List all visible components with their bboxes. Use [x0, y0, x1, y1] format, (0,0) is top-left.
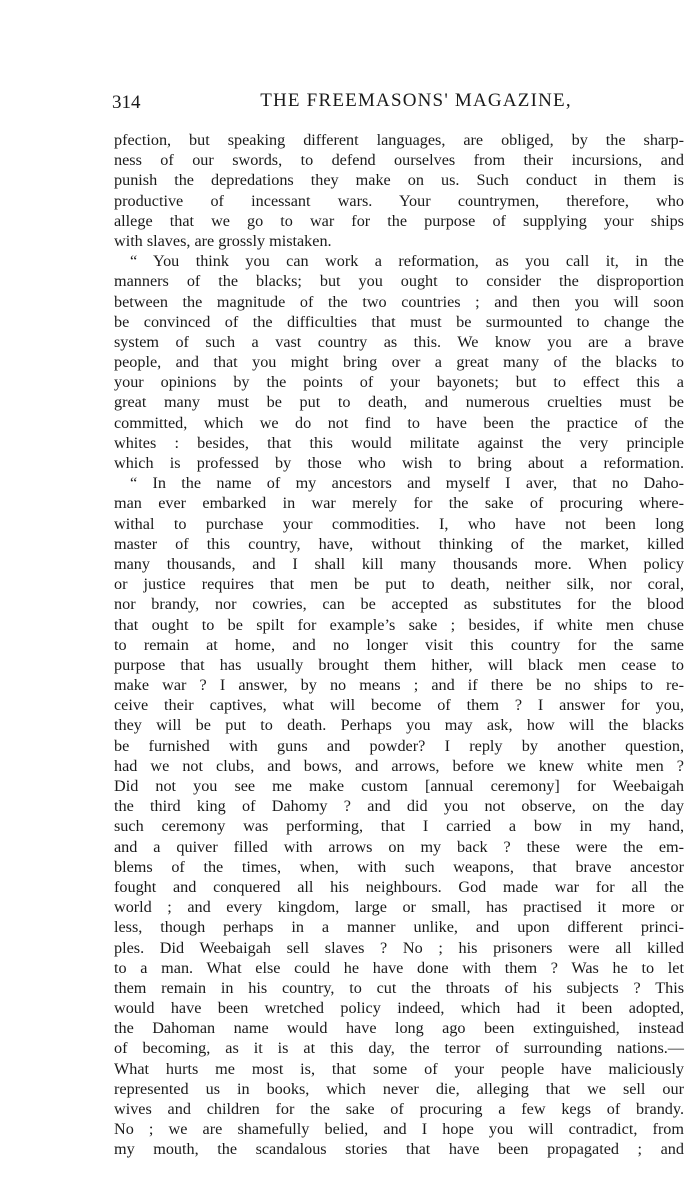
- text-line: great many must be put to death, and num…: [114, 392, 684, 412]
- text-line: and a quiver filled with arrows on my ba…: [114, 837, 684, 857]
- text-line: which is professed by those who wish to …: [114, 453, 684, 473]
- paragraph-start: “ In the name of my ancestors and myself…: [114, 473, 684, 493]
- text-line: between the magnitude of the two countri…: [114, 292, 684, 312]
- text-line: such ceremony was performing, that I car…: [114, 816, 684, 836]
- running-title: THE FREEMASONS' MAGAZINE,: [112, 90, 684, 112]
- text-line: manners of the blacks; but you ought to …: [114, 271, 684, 291]
- text-line: of becoming, as it is at this day, the t…: [114, 1038, 684, 1058]
- text-line: make war ? I answer, by no means ; and i…: [114, 675, 684, 695]
- text-line: No ; we are shamefully belied, and I hop…: [114, 1119, 684, 1139]
- text-line: would have been wretched policy indeed, …: [114, 998, 684, 1018]
- magazine-page: 314 THE FREEMASONS' MAGAZINE, pfection, …: [0, 0, 699, 1199]
- text-line: ness of our swords, to defend ourselves …: [114, 150, 684, 170]
- paragraph-start: “ You think you can work a reformation, …: [114, 251, 684, 271]
- text-line: be furnished with guns and powder? I rep…: [114, 736, 684, 756]
- body-text: pfection, but speaking different languag…: [114, 130, 684, 1160]
- text-line: the third king of Dahomy ? and did you n…: [114, 796, 684, 816]
- text-line: whites : besides, that this would milita…: [114, 433, 684, 453]
- text-line: fought and conquered all his neighbours.…: [114, 877, 684, 897]
- text-line: ceive their captives, what will become o…: [114, 695, 684, 715]
- text-line: What hurts me most is, that some of your…: [114, 1059, 684, 1079]
- text-line: allege that we go to war for the purpose…: [114, 211, 684, 231]
- text-line: with slaves, are grossly mistaken.: [114, 231, 684, 251]
- text-line: the Dahoman name would have long ago bee…: [114, 1018, 684, 1038]
- text-line: Did not you see me make custom [annual c…: [114, 776, 684, 796]
- text-line: many thousands, and I shall kill many th…: [114, 554, 684, 574]
- text-line: my mouth, the scandalous stories that ha…: [114, 1139, 684, 1159]
- text-line: them remain in his country, to cut the t…: [114, 978, 684, 998]
- text-line: committed, which we do not find to have …: [114, 413, 684, 433]
- text-line: ples. Did Weebaigah sell slaves ? No ; h…: [114, 938, 684, 958]
- text-line: punish the depredations they make on us.…: [114, 170, 684, 190]
- text-line: that ought to be spilt for example’s sak…: [114, 615, 684, 635]
- text-line: man ever embarked in war merely for the …: [114, 493, 684, 513]
- text-line: master of this country, have, without th…: [114, 534, 684, 554]
- text-line: they will be put to death. Perhaps you m…: [114, 715, 684, 735]
- page-header: 314 THE FREEMASONS' MAGAZINE,: [112, 90, 684, 116]
- text-line: withal to purchase your commodities. I, …: [114, 514, 684, 534]
- text-line: to a man. What else could he have done w…: [114, 958, 684, 978]
- text-line: purpose that has usually brought them hi…: [114, 655, 684, 675]
- text-line: represented us in books, which never die…: [114, 1079, 684, 1099]
- text-line: less, though perhaps in a manner unlike,…: [114, 917, 684, 937]
- text-line: nor brandy, nor cowries, can be accepted…: [114, 594, 684, 614]
- text-line: to remain at home, and no longer visit t…: [114, 635, 684, 655]
- text-line: world ; and every kingdom, large or smal…: [114, 897, 684, 917]
- text-line: productive of incessant wars. Your count…: [114, 191, 684, 211]
- text-line: wives and children for the sake of procu…: [114, 1099, 684, 1119]
- text-line: or justice requires that men be put to d…: [114, 574, 684, 594]
- text-line: system of such a vast country as this. W…: [114, 332, 684, 352]
- text-line: people, and that you might bring over a …: [114, 352, 684, 372]
- text-line: your opinions by the points of your bayo…: [114, 372, 684, 392]
- text-line: blems of the times, when, with such weap…: [114, 857, 684, 877]
- text-line: be convinced of the difficulties that mu…: [114, 312, 684, 332]
- text-line: pfection, but speaking different languag…: [114, 130, 684, 150]
- text-line: had we not clubs, and bows, and arrows, …: [114, 756, 684, 776]
